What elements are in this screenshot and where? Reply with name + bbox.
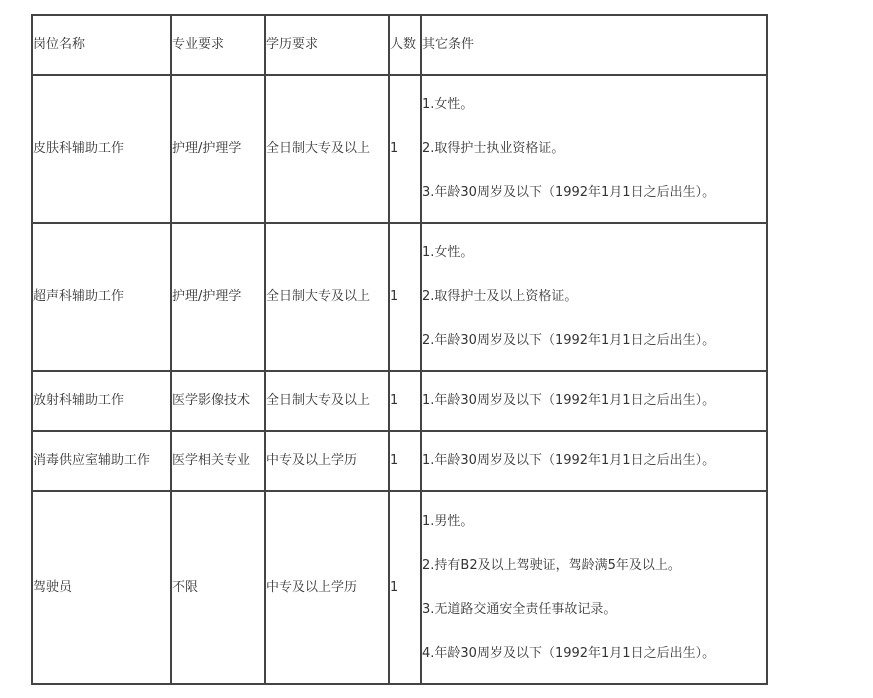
header-count: 人数 xyxy=(389,15,421,75)
cell-position: 放射科辅助工作 xyxy=(32,371,171,431)
cell-major: 不限 xyxy=(171,491,265,684)
cell-education: 全日制大专及以上 xyxy=(265,223,389,371)
cell-education: 全日制大专及以上 xyxy=(265,371,389,431)
condition-item: 3.年龄30周岁及以下（1992年1月1日之后出生）。 xyxy=(422,183,766,203)
header-position: 岗位名称 xyxy=(32,15,171,75)
cell-conditions: 1.女性。 2.取得护士执业资格证。 3.年龄30周岁及以下（1992年1月1日… xyxy=(421,75,767,223)
cell-education: 全日制大专及以上 xyxy=(265,75,389,223)
table-row: 皮肤科辅助工作 护理/护理学 全日制大专及以上 1 1.女性。 2.取得护士执业… xyxy=(32,75,767,223)
cell-position: 消毒供应室辅助工作 xyxy=(32,431,171,491)
cell-count: 1 xyxy=(389,223,421,371)
condition-item: 2.取得护士执业资格证。 xyxy=(422,139,766,159)
condition-item: 2.年龄30周岁及以下（1992年1月1日之后出生）。 xyxy=(422,331,766,351)
cell-conditions: 1.年龄30周岁及以下（1992年1月1日之后出生）。 xyxy=(421,371,767,431)
table-row: 超声科辅助工作 护理/护理学 全日制大专及以上 1 1.女性。 2.取得护士及以… xyxy=(32,223,767,371)
table-row: 驾驶员 不限 中专及以上学历 1 1.男性。 2.持有B2及以上驾驶证，驾龄满5… xyxy=(32,491,767,684)
cell-conditions: 1.男性。 2.持有B2及以上驾驶证，驾龄满5年及以上。 3.无道路交通安全责任… xyxy=(421,491,767,684)
cell-count: 1 xyxy=(389,371,421,431)
cell-major: 护理/护理学 xyxy=(171,75,265,223)
job-requirements-table: 岗位名称 专业要求 学历要求 人数 其它条件 皮肤科辅助工作 护理/护理学 全日… xyxy=(31,14,768,685)
cell-position: 皮肤科辅助工作 xyxy=(32,75,171,223)
cell-count: 1 xyxy=(389,75,421,223)
condition-item: 3.无道路交通安全责任事故记录。 xyxy=(422,600,766,620)
cell-position: 驾驶员 xyxy=(32,491,171,684)
cell-position: 超声科辅助工作 xyxy=(32,223,171,371)
condition-item: 2.持有B2及以上驾驶证，驾龄满5年及以上。 xyxy=(422,556,766,576)
condition-item: 1.男性。 xyxy=(422,512,766,532)
condition-item: 1.女性。 xyxy=(422,243,766,263)
table-row: 消毒供应室辅助工作 医学相关专业 中专及以上学历 1 1.年龄30周岁及以下（1… xyxy=(32,431,767,491)
cell-count: 1 xyxy=(389,431,421,491)
header-conditions: 其它条件 xyxy=(421,15,767,75)
cell-major: 护理/护理学 xyxy=(171,223,265,371)
cell-major: 医学影像技术 xyxy=(171,371,265,431)
table-row: 放射科辅助工作 医学影像技术 全日制大专及以上 1 1.年龄30周岁及以下（19… xyxy=(32,371,767,431)
condition-item: 2.取得护士及以上资格证。 xyxy=(422,287,766,307)
condition-item: 1.年龄30周岁及以下（1992年1月1日之后出生）。 xyxy=(422,451,766,471)
cell-education: 中专及以上学历 xyxy=(265,491,389,684)
cell-count: 1 xyxy=(389,491,421,684)
cell-major: 医学相关专业 xyxy=(171,431,265,491)
condition-item: 1.年龄30周岁及以下（1992年1月1日之后出生）。 xyxy=(422,391,766,411)
condition-item: 1.女性。 xyxy=(422,95,766,115)
cell-conditions: 1.女性。 2.取得护士及以上资格证。 2.年龄30周岁及以下（1992年1月1… xyxy=(421,223,767,371)
header-major: 专业要求 xyxy=(171,15,265,75)
header-education: 学历要求 xyxy=(265,15,389,75)
table-header-row: 岗位名称 专业要求 学历要求 人数 其它条件 xyxy=(32,15,767,75)
condition-item: 4.年龄30周岁及以下（1992年1月1日之后出生）。 xyxy=(422,644,766,664)
cell-education: 中专及以上学历 xyxy=(265,431,389,491)
cell-conditions: 1.年龄30周岁及以下（1992年1月1日之后出生）。 xyxy=(421,431,767,491)
job-table-container: 岗位名称 专业要求 学历要求 人数 其它条件 皮肤科辅助工作 护理/护理学 全日… xyxy=(31,14,768,685)
